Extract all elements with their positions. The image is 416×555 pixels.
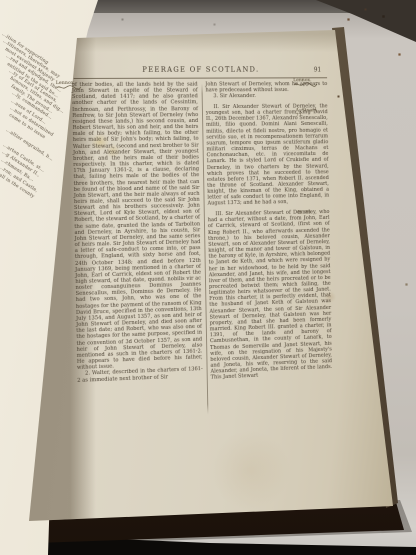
dust-specks <box>0 0 1 1</box>
paragraph: II. Sir Alexander Stewart of Derneley, t… <box>206 103 330 207</box>
header-rule <box>74 77 327 79</box>
printed-text-block: PEERAGE OF SCOTLAND. 91 Lennox. Lennox. … <box>71 55 348 435</box>
paragraph: 3. Sir Alexander. <box>206 93 328 100</box>
running-head-title: PEERAGE OF SCOTLAND. <box>71 66 327 74</box>
column-right: John Stewart of Derneley, whom he appear… <box>205 81 333 426</box>
paragraph: of their bodies, all the lands held by t… <box>72 82 203 372</box>
column-left: of their bodies, all the lands held by t… <box>72 82 204 432</box>
text-columns: of their bodies, all the lands held by t… <box>72 81 337 432</box>
paragraph: John Stewart of Derneley, whom he appear… <box>205 81 327 94</box>
page-number: 91 <box>314 67 322 74</box>
paragraph: III. Sir Alexander Stewart of Derneley, … <box>208 209 333 381</box>
